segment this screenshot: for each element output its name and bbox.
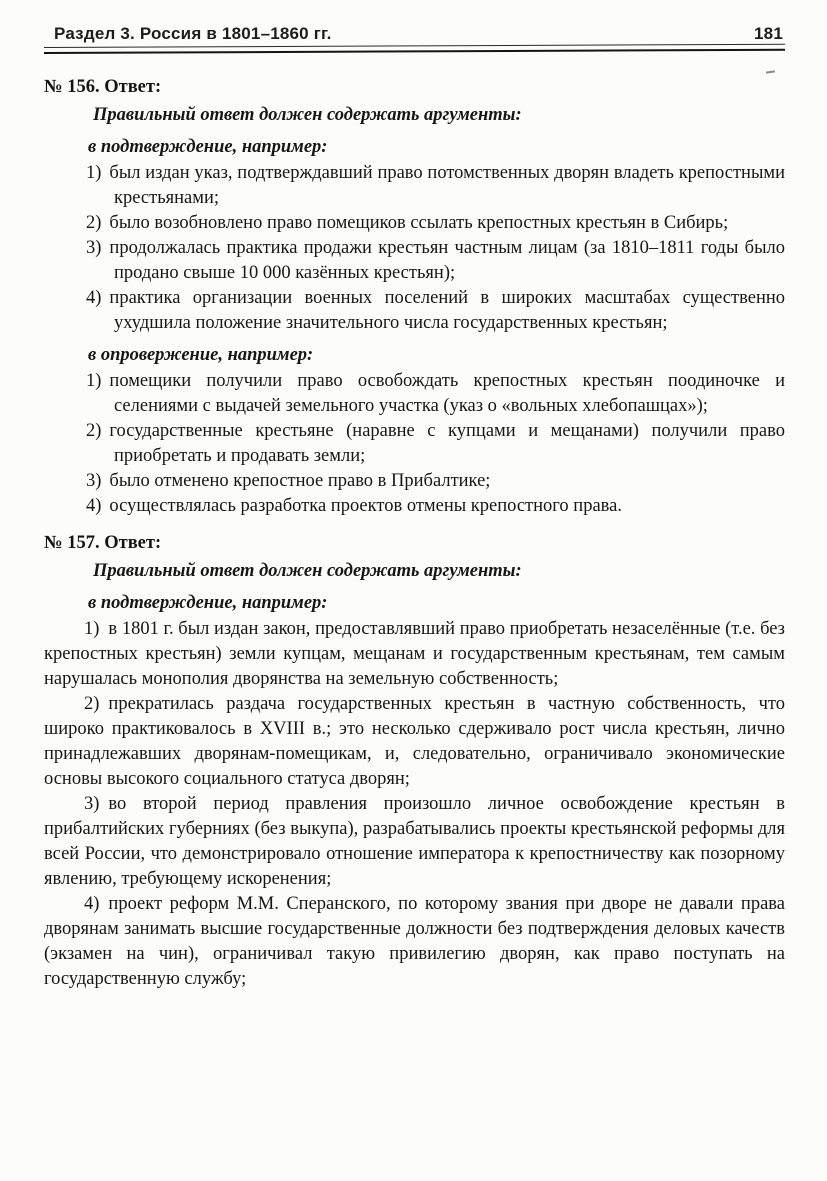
list-item-text: государственные крестьяне (наравне с куп…: [109, 421, 785, 466]
paragraph-text: во второй период правления произошло лич…: [44, 794, 785, 889]
list-item-marker: 3): [86, 238, 101, 258]
block-heading-refute: в опровержение, например:: [88, 343, 785, 368]
section-header-title: Раздел 3. Россия в 1801–1860 гг.: [54, 24, 332, 44]
paragraph-marker: 2): [84, 694, 99, 714]
paragraph: 4)проект реформ М.М. Сперанского, по кот…: [44, 892, 785, 992]
list-item-text: практика организации военных поселений в…: [109, 288, 785, 333]
answer-section-157: № 157. Ответ: Правильный ответ должен со…: [44, 531, 785, 992]
book-page: Раздел 3. Россия в 1801–1860 гг. 181 № 1…: [0, 0, 827, 1181]
scan-artifact-dash: [766, 70, 775, 73]
list-item-text: было отменено крепостное право в Прибалт…: [109, 471, 490, 491]
list-item: 3)было отменено крепостное право в Приба…: [86, 469, 785, 494]
paragraph-text: прекратилась раздача государственных кре…: [44, 694, 785, 789]
list-item: 4)осуществлялась разработка проектов отм…: [86, 494, 785, 519]
answer-intro: Правильный ответ должен содержать аргуме…: [93, 103, 785, 128]
paragraph-marker: 3): [84, 794, 99, 814]
list-item: 4)практика организации военных поселений…: [86, 286, 785, 336]
answer-label: № 157. Ответ:: [44, 531, 785, 556]
list-item-marker: 2): [86, 421, 101, 441]
list-item: 2)было возобновлено право помещиков ссыл…: [86, 211, 785, 236]
list-item-text: помещики получили право освобождать креп…: [109, 371, 785, 416]
paragraph: 3)во второй период правления произошло л…: [44, 792, 785, 892]
paragraph: 2)прекратилась раздача государственных к…: [44, 692, 785, 792]
list-item-text: было возобновлено право помещиков ссылат…: [109, 213, 728, 233]
list-item-marker: 3): [86, 471, 101, 491]
block-heading-confirm: в подтверждение, например:: [88, 591, 785, 616]
list-item-marker: 4): [86, 288, 101, 308]
list-item-marker: 1): [86, 163, 101, 183]
block-heading-confirm: в подтверждение, например:: [88, 135, 785, 160]
paragraph-marker: 4): [84, 894, 99, 914]
list-item: 2)государственные крестьяне (наравне с к…: [86, 419, 785, 469]
list-item-marker: 4): [86, 496, 101, 516]
list-item: 3)продолжалась практика продажи крестьян…: [86, 236, 785, 286]
list-item: 1)помещики получили право освобождать кр…: [86, 369, 785, 419]
paragraph-text: в 1801 г. был издан закон, предоставлявш…: [44, 619, 785, 689]
list-item: 1)был издан указ, подтверждавший право п…: [86, 161, 785, 211]
answer-label: № 156. Ответ:: [44, 75, 785, 100]
paragraph-text: проект реформ М.М. Сперанского, по котор…: [44, 894, 785, 989]
answer-intro: Правильный ответ должен содержать аргуме…: [93, 559, 785, 584]
list-item-text: был издан указ, подтверждавший право пот…: [109, 163, 785, 208]
list-item-marker: 1): [86, 371, 101, 391]
paragraph-marker: 1): [84, 619, 99, 639]
page-number: 181: [754, 24, 783, 44]
answer-section-156: № 156. Ответ: Правильный ответ должен со…: [44, 75, 785, 519]
list-item-marker: 2): [86, 213, 101, 233]
list-item-text: осуществлялась разработка проектов отмен…: [109, 496, 622, 516]
paragraph: 1)в 1801 г. был издан закон, предоставля…: [44, 617, 785, 692]
list-item-text: продолжалась практика продажи крестьян ч…: [109, 238, 785, 283]
